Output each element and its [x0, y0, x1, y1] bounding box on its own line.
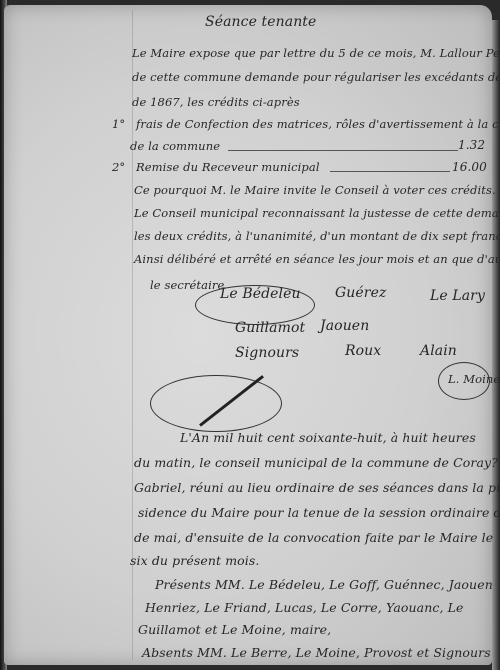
text-line: Le Maire expose que par lettre du 5 de c… [132, 46, 500, 60]
text-line: de mai, d'ensuite de la convocation fait… [134, 530, 493, 545]
text-line: sidence du Maire pour la tenue de la ses… [138, 505, 500, 520]
signature: L. Moine [448, 372, 500, 386]
text-line: six du présent mois. [130, 553, 259, 568]
item-amount: 1.32 [458, 138, 485, 152]
item-text: de la commune [130, 139, 220, 153]
text-line: du matin, le conseil municipal de la com… [134, 455, 498, 470]
text-line: Ce pourquoi M. le Maire invite le Consei… [134, 183, 496, 197]
signature: Jaouen [320, 318, 369, 334]
text-line: Le Conseil municipal reconnaissant la ju… [134, 206, 500, 220]
signature: Guillamot [235, 320, 305, 336]
present-line: Présents MM. Le Bédeleu, Le Goff, Guénne… [155, 577, 493, 592]
text-line: Gabriel, réuni au lieu ordinaire de ses … [134, 480, 500, 495]
present-line: Henriez, Le Friand, Lucas, Le Corre, Yao… [145, 600, 464, 615]
decorative-flourish [150, 375, 282, 432]
signature: Signours [235, 345, 299, 361]
signature: Alain [420, 343, 457, 359]
signature: Guérez [335, 285, 386, 301]
item-text: Remise du Receveur municipal [136, 160, 320, 174]
item-number: 1° [112, 117, 125, 131]
present-line: Guillamot et Le Moine, maire, [138, 622, 331, 637]
item-text: frais de Confection des matrices, rôles … [136, 117, 500, 131]
signature: Le Lary [430, 288, 485, 304]
text-line: L'An mil huit cent soixante-huit, à huit… [180, 430, 476, 445]
text-line: Ainsi délibéré et arrêté en séance les j… [134, 252, 500, 266]
item-number: 2° [112, 160, 125, 174]
signature: Roux [345, 343, 381, 359]
item-amount: 16.00 [452, 160, 487, 174]
text-line: les deux crédits, à l'unanimité, d'un mo… [134, 229, 500, 243]
absent-line: Absents MM. Le Berre, Le Moine, Provost … [142, 645, 491, 660]
text-line: de cette commune demande pour régularise… [132, 70, 500, 84]
signature: Le Bédeleu [220, 286, 301, 302]
text-line: de 1867, les crédits ci-après [132, 95, 300, 109]
session-title: Séance tenante [205, 14, 316, 30]
leader-line [330, 171, 450, 172]
leader-line [228, 150, 458, 151]
